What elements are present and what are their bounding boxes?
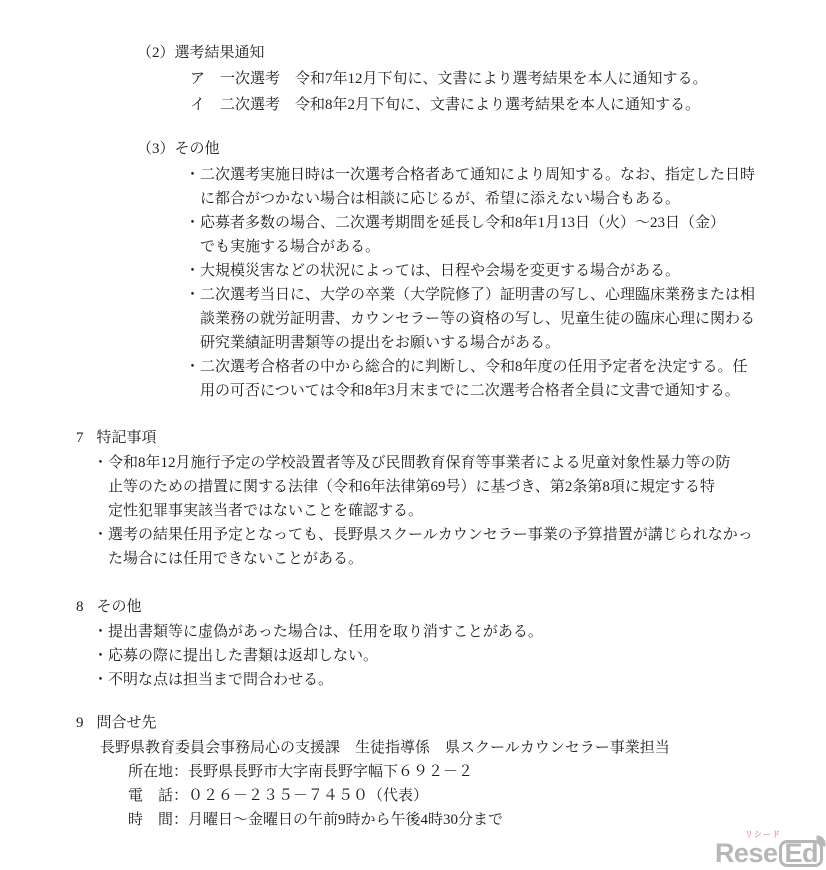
bullet-continuation: 研究業績証明書類等の提出をお願いする場合がある。 [185, 331, 755, 355]
bullet-line: ・大規模災害などの状況によっては、日程や会場を変更する場合がある。 [185, 259, 755, 283]
bullet-line: ・二次選考当日に、大学の卒業（大学院修了）証明書の写し、心理臨床業務または相 [185, 283, 755, 307]
bullet-continuation: 用の可否については令和8年3月末までに二次選考合格者全員に文書で通知する。 [185, 379, 755, 403]
bullet-continuation: に都合がつかない場合は相談に応じるが、希望に添えない場合もある。 [185, 187, 755, 211]
bullet-continuation: 止等のための措置に関する法律（令和6年法律第69号）に基づき、第2条第8項に規定… [93, 475, 753, 499]
bullet-line: ・不明な点は担当まで問合わせる。 [93, 668, 543, 692]
bullet-continuation: 談業務の就労証明書、カウンセラー等の資格の写し、児童生徒の臨床心理に関わる [185, 307, 755, 331]
bullet-line: ・提出書類等に虚偽があった場合は、任用を取り消すことがある。 [93, 620, 543, 644]
bullet-line: ・応募者多数の場合、二次選考期間を延長し令和8年1月13日（火）～23日（金） [185, 211, 755, 235]
section-9-heading: 9問合せ先 [76, 710, 670, 736]
section-title: その他 [97, 599, 142, 615]
section-number: 7 [76, 430, 84, 446]
section-title: 問合せ先 [97, 715, 157, 731]
bullet-line: ・応募の際に提出した書類は返却しない。 [93, 644, 543, 668]
contact-hours: 時 間：月曜日～金曜日の午前9時から午後4時30分まで [128, 808, 670, 832]
section-7-heading: 7特記事項 [76, 425, 753, 451]
contact-office-name: 長野県教育委員会事務局心の支援課 生徒指導係 県スクールカウンセラー事業担当 [100, 736, 670, 760]
section-8-heading: 8その他 [76, 594, 543, 620]
bullet-line: ・二次選考合格者の中から総合的に判断し、令和8年度の任用予定者を決定する。任 [185, 355, 755, 379]
section-special-notes: 7特記事項 ・令和8年12月施行予定の学校設置者等及び民間教育保育等事業者による… [76, 425, 753, 571]
section-number: 8 [76, 599, 84, 615]
selection-item-a: ア 一次選考 令和7年12月下旬に、文書により選考結果を本人に通知する。 [190, 66, 708, 92]
section-3-heading: （3）その他 [137, 136, 755, 162]
bullet-continuation: でも実施する場合がある。 [185, 235, 755, 259]
document-page: { "page": { "background": "#ffffff", "te… [0, 0, 826, 870]
contact-address: 所在地：長野県長野市大字南長野字幅下６９２－２ [128, 760, 670, 784]
bullet-continuation: た場合には任用できないことがある。 [93, 547, 753, 571]
section-title: 特記事項 [97, 430, 157, 446]
bullet-line: ・選考の結果任用予定となっても、長野県スクールカウンセラー事業の予算措置が講じら… [93, 523, 753, 547]
contact-phone: 電 話：０２６－２３５－７４５０（代表） [128, 784, 670, 808]
section-3-bullet-list: ・二次選考実施日時は一次選考合格者あて通知により周知する。なお、指定した日時 に… [185, 163, 755, 403]
section-7-bullet-list: ・令和8年12月施行予定の学校設置者等及び民間教育保育等事業者による児童対象性暴… [93, 451, 753, 571]
reseed-logo: ReseEd [715, 840, 823, 867]
logo-ed-box: Ed [779, 840, 823, 867]
section-contact: 9問合せ先 長野県教育委員会事務局心の支援課 生徒指導係 県スクールカウンセラー… [76, 710, 670, 832]
logo-text-rese: Rese [715, 840, 778, 867]
reseed-watermark: リシード ReseEd [715, 830, 823, 867]
selection-item-i: イ 二次選考 令和8年2月下旬に、文書により選考結果を本人に通知する。 [190, 92, 708, 118]
section-misc: 8その他 ・提出書類等に虚偽があった場合は、任用を取り消すことがある。 ・応募の… [76, 594, 543, 692]
section-number: 9 [76, 715, 84, 731]
logo-text-ed: Ed [784, 838, 818, 868]
section-8-bullet-list: ・提出書類等に虚偽があった場合は、任用を取り消すことがある。 ・応募の際に提出し… [93, 620, 543, 692]
bullet-line: ・二次選考実施日時は一次選考合格者あて通知により周知する。なお、指定した日時 [185, 163, 755, 187]
bullet-line: ・令和8年12月施行予定の学校設置者等及び民間教育保育等事業者による児童対象性暴… [93, 451, 753, 475]
section-selection-result: （2）選考結果通知 ア 一次選考 令和7年12月下旬に、文書により選考結果を本人… [137, 40, 708, 118]
section-other-notes: （3）その他 ・二次選考実施日時は一次選考合格者あて通知により周知する。なお、指… [137, 136, 755, 403]
section-2-heading: （2）選考結果通知 [137, 40, 708, 66]
bullet-continuation: 定性犯罪事実該当者ではないことを確認する。 [93, 499, 753, 523]
